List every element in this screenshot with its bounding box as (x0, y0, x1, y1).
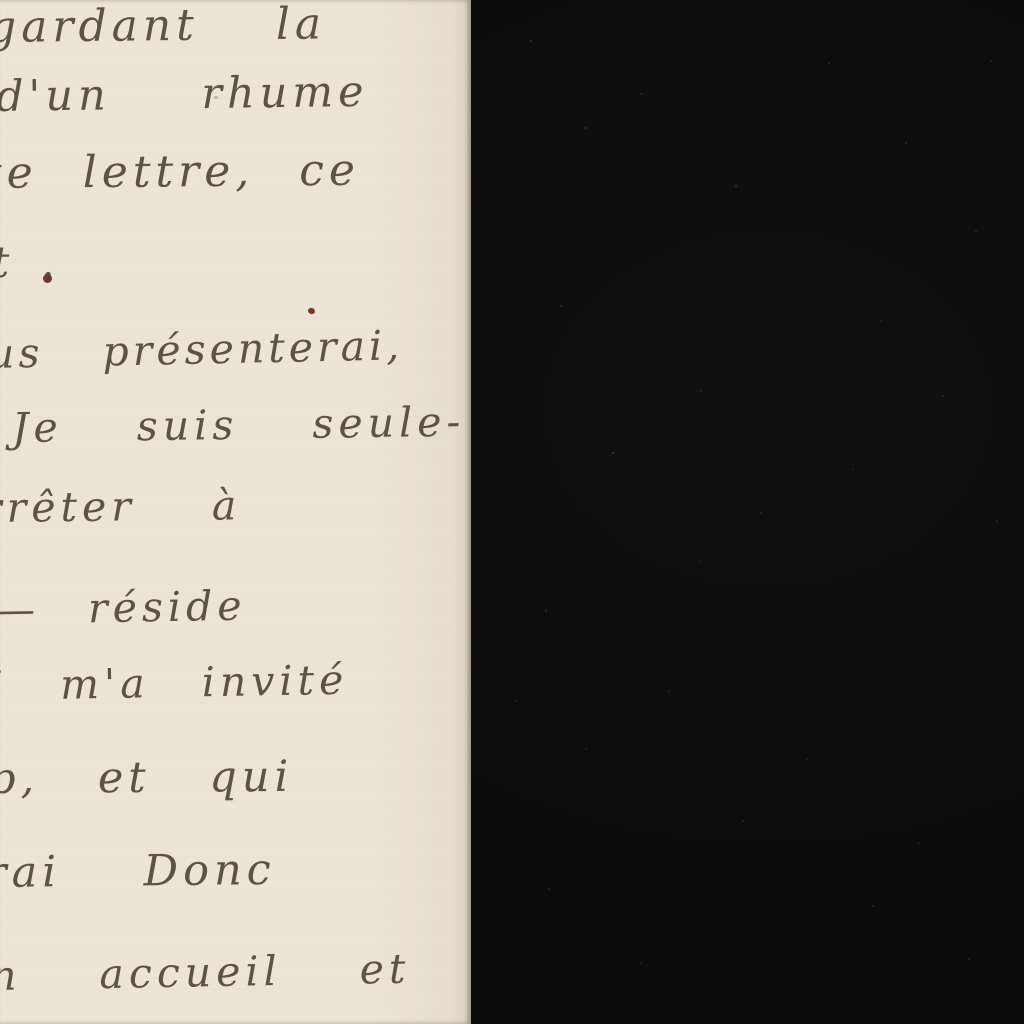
foxing-speck (214, 96, 218, 99)
handwritten-line: i m'a invité (0, 656, 349, 710)
handwritten-line: rai Donc (0, 845, 276, 898)
handwritten-line: Je suis seule- (12, 398, 466, 452)
handwritten-line: d'un rhume (0, 67, 369, 122)
handwritten-line: p, et qui (0, 752, 293, 804)
handwritten-line: — réside (0, 582, 247, 634)
handwritten-line: n accueil et (0, 945, 411, 1000)
handwritten-line: te lettre, ce (0, 145, 360, 199)
photograph: gardant la d'un rhume te lettre, ce t . … (0, 0, 1024, 1024)
handwritten-line: gardant la (0, 0, 326, 53)
letter-page: gardant la d'un rhume te lettre, ce t . … (0, 0, 471, 1024)
handwritten-line: rrêter à (0, 481, 242, 532)
handwritten-line: us présenterai, (0, 321, 404, 378)
red-ink-speck (307, 307, 316, 315)
ink-dot (43, 274, 52, 283)
